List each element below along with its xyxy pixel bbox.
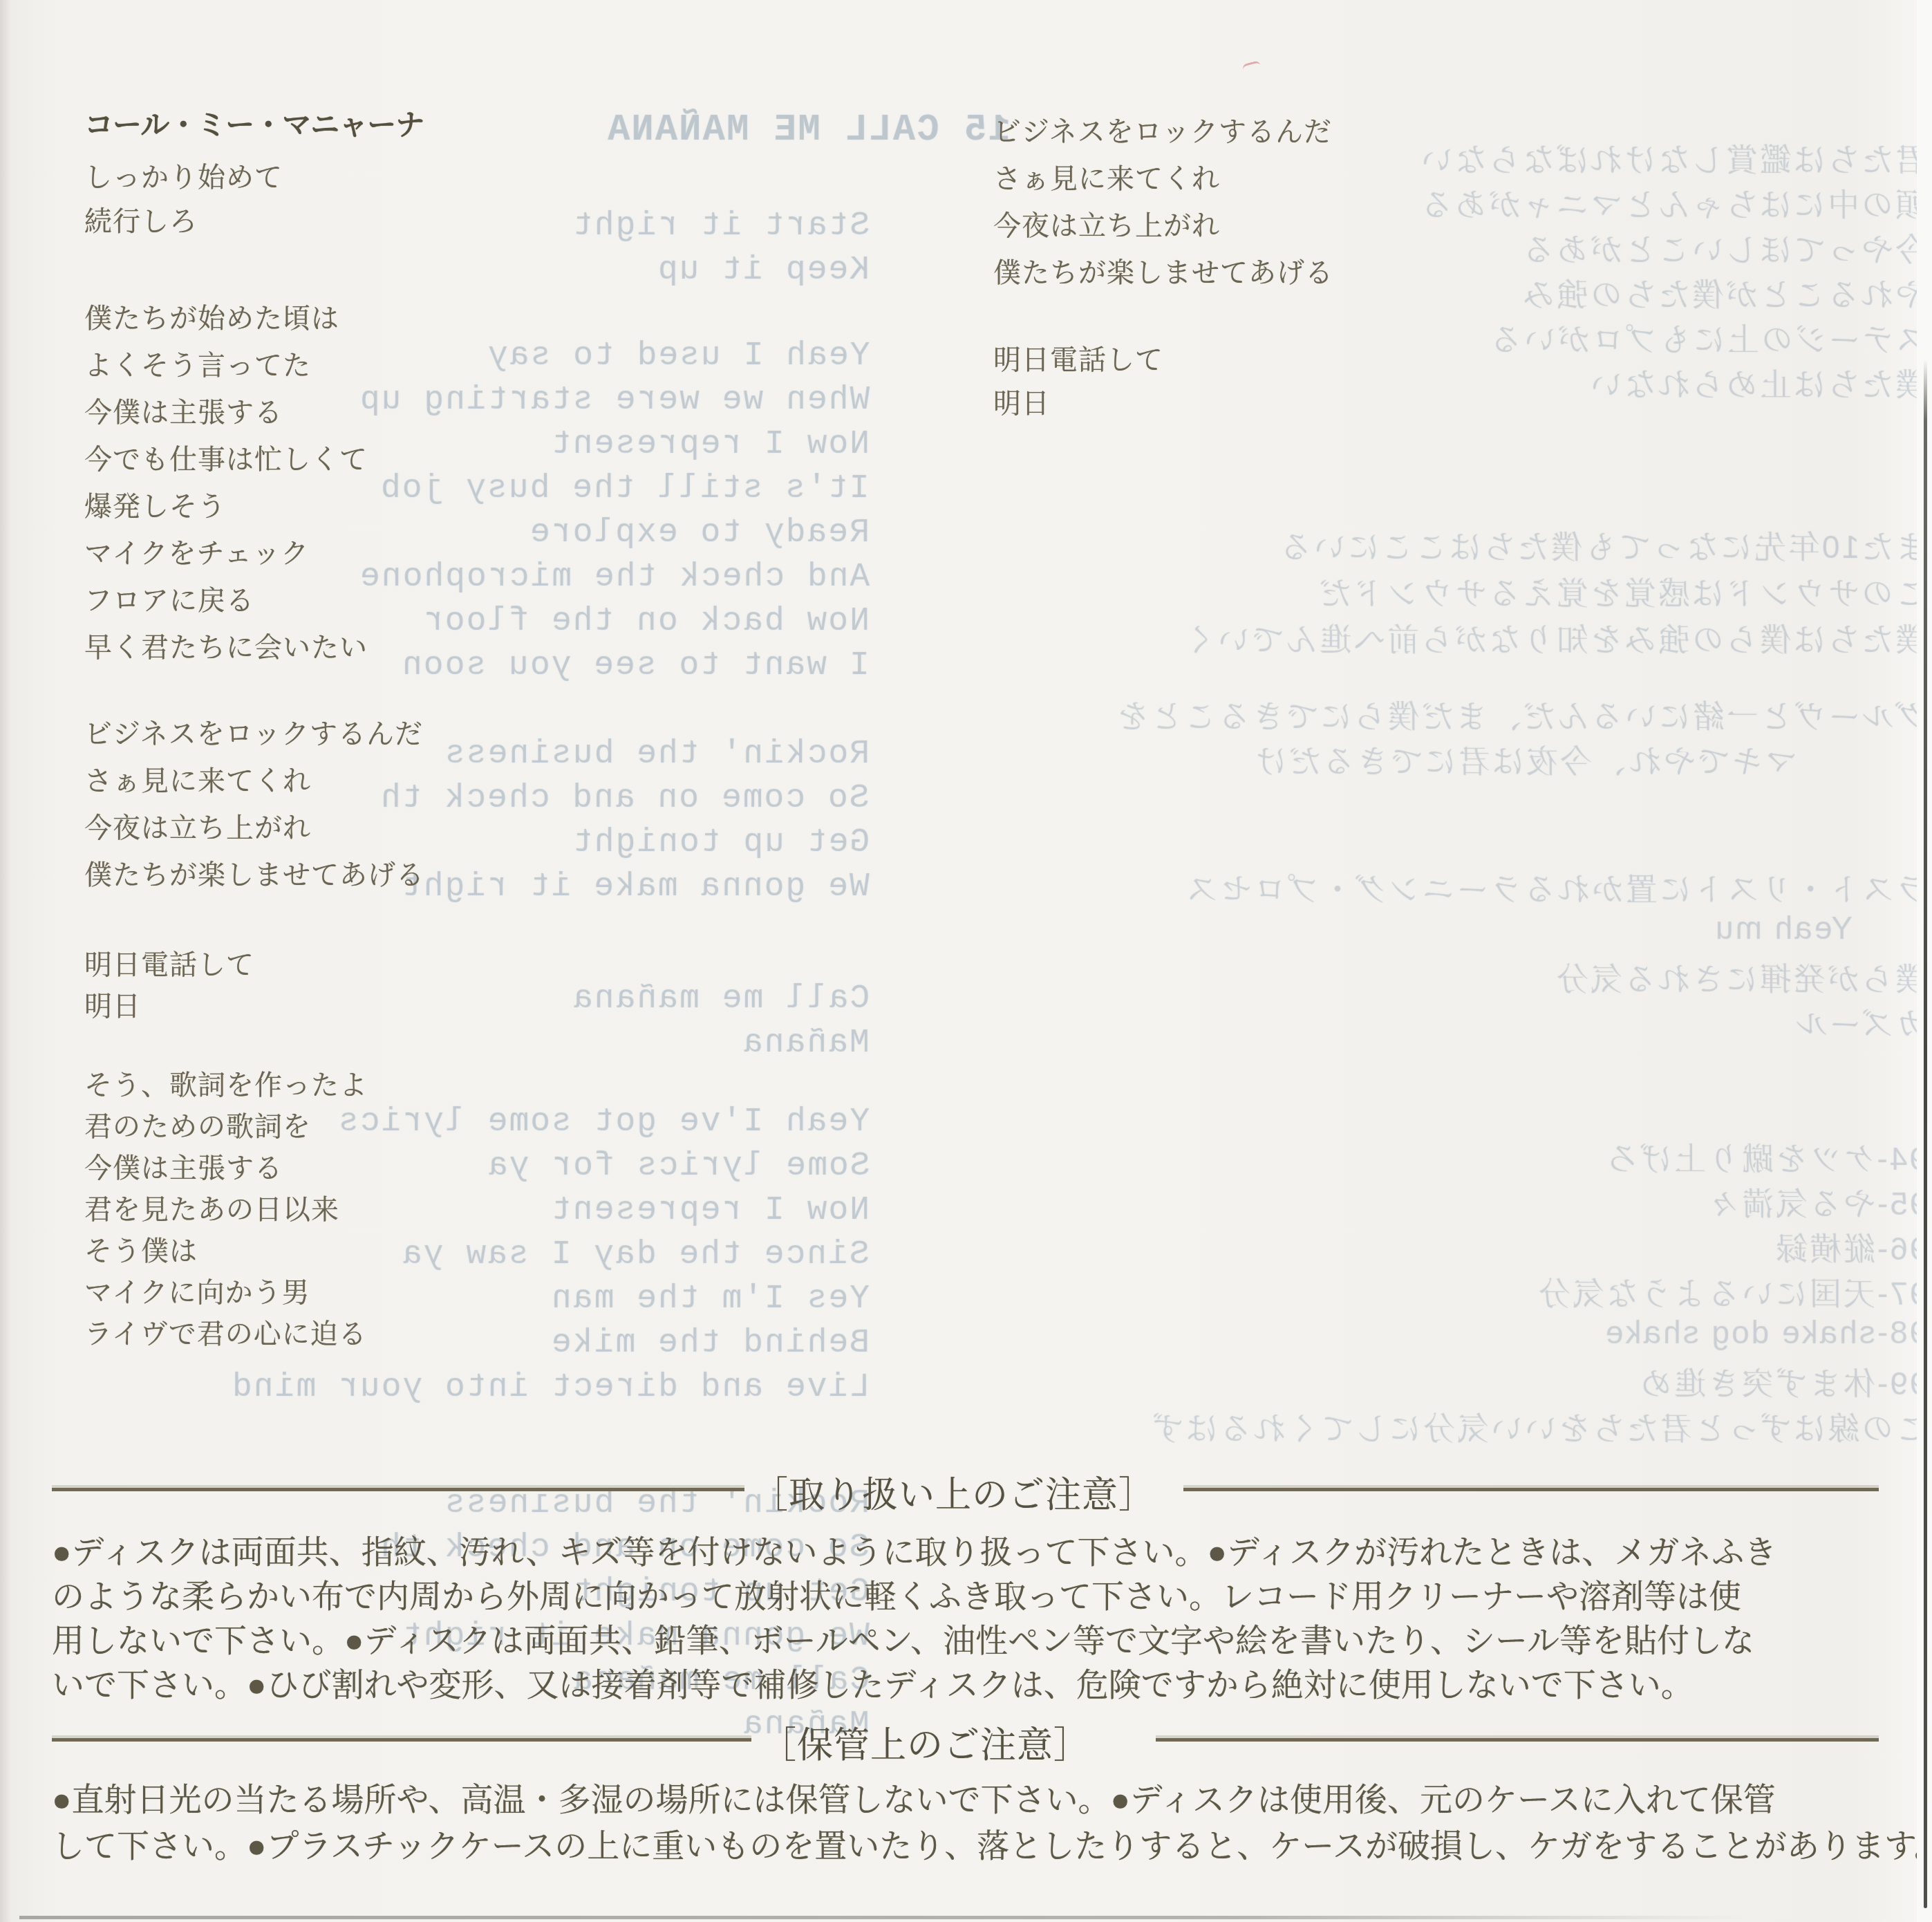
lyric-line: 君を見たあの日以来 — [84, 1189, 368, 1231]
bleedthrough-japanese-line: 96-縦横録 — [1774, 1224, 1927, 1269]
lyric-line: よくそう言ってた — [84, 342, 368, 389]
bleedthrough-english-line: Now I represent — [550, 1192, 870, 1229]
bleedthrough-english-line: So come on and check th — [379, 780, 870, 817]
bleedthrough-english-line: Now I represent — [550, 426, 870, 463]
bleedthrough-japanese-line: 君たちは鑑賞しなければならない — [1419, 135, 1927, 180]
bleedthrough-japanese-line: 98-shake dog shake — [1604, 1314, 1927, 1351]
bleedthrough-japanese-line: 94-ケツを蹴り上げろ — [1604, 1134, 1927, 1179]
song-title-jp: コール・ミー・マニャーナ — [84, 102, 424, 144]
bleedthrough-japanese-line: また10年先になっても僕たちはここにいる — [1278, 522, 1927, 568]
bleedthrough-english-line: Call me mañana — [572, 980, 870, 1018]
lyric-line: 今夜は立ち上がれ — [993, 203, 1333, 250]
lyric-line: 爆発しそう — [84, 483, 368, 530]
bleedthrough-english-line: Mañana — [742, 1025, 870, 1062]
storage-notice-line-1: ●直射日光の当たる場所や、高温・多湿の場所には保管しないで下さい。●ディスクは使… — [52, 1774, 1776, 1820]
lyric-line: 僕たちが楽しませてあげる — [84, 852, 424, 899]
bleedthrough-japanese-line: 僕らが発揮にされる気分 — [1555, 954, 1927, 1000]
bleedthrough-english-line: Behind the mike — [550, 1325, 870, 1362]
bleedthrough-english-line: Keep it up — [657, 252, 870, 289]
bleedthrough-japanese-line: やれることが僕たちの強み — [1521, 270, 1927, 315]
right-stanza-2: 明日電話して明日 — [993, 339, 1163, 426]
lyric-line: 僕たちが楽しませてあげる — [993, 250, 1333, 297]
lyric-line: 早く君たちに会いたい — [84, 624, 368, 671]
lyric-line: 僕たちが始めた頃は — [84, 295, 368, 342]
left-stanza-2: 僕たちが始めた頃はよくそう言ってた今僕は主張する今でも仕事は忙しくて爆発しそうマ… — [84, 295, 368, 671]
bleedthrough-english-line: Get up tonight — [572, 824, 870, 861]
handling-notice-line-1: ●ディスクは両面共、指紋、汚れ、キズ等を付けないように取り扱って下さい。●ディス… — [52, 1527, 1776, 1573]
bleedthrough-english-line: Start it right — [572, 207, 870, 245]
bleedthrough-japanese-line: グルーヴと一緒にいるんだ、まだ僕らにできることを — [1115, 691, 1927, 737]
lyric-line: 今夜は立ち上がれ — [84, 805, 424, 852]
bleedthrough-japanese-line: この線はずっと君たちをいい気分にしてくれるはず — [1150, 1403, 1927, 1449]
bleedthrough-english-line: Live and direct into your mind — [231, 1369, 870, 1406]
lyric-line: ビジネスをロックするんだ — [993, 109, 1333, 156]
rule-handling-left — [52, 1488, 744, 1491]
lyric-line: さぁ見に来てくれ — [84, 758, 424, 805]
lyric-line: ライヴで君の心に迫る — [84, 1314, 368, 1355]
bleedthrough-english-line: Yeah I've got some lyrics — [337, 1103, 870, 1141]
lyric-line: 明日 — [84, 986, 254, 1027]
bleedthrough-english-line: Yeah I used to say — [487, 337, 870, 375]
paper-bottom-edge — [19, 1916, 1747, 1919]
bleedthrough-japanese-line: このサウンドは感覚を覚えるサウンドだ — [1317, 568, 1927, 614]
lyric-line: そう僕は — [84, 1231, 368, 1272]
bleedthrough-japanese-line: 僕たちは僕らの強みを知りながら前へ進んでいく — [1182, 615, 1927, 660]
lyric-line: 今僕は主張する — [84, 389, 368, 436]
lyric-line: 明日電話して — [993, 339, 1163, 382]
bleedthrough-japanese-line: 頭の中にはちゃんとマニャがある — [1419, 180, 1927, 225]
bleedthrough-english-line: Yes I'm the man — [550, 1280, 870, 1318]
rule-storage-left — [52, 1738, 751, 1742]
left-stanza-5: そう、歌詞を作ったよ君のための歌詞を今僕は主張する君を見たあの日以来そう僕はマイ… — [84, 1065, 368, 1355]
bleedthrough-japanese-line: 95-やる気満々 — [1706, 1179, 1927, 1224]
lyric-line: 今僕は主張する — [84, 1148, 368, 1189]
bleedthrough-japanese-line: ラスト・リストに置かれるラーニング・プロセス — [1184, 864, 1927, 910]
rule-handling-right — [1183, 1488, 1879, 1491]
lyric-line: フロアに戻る — [84, 577, 368, 624]
storage-notice-line-2: して下さい。●プラスチックケースの上に重いものを置いたり、落としたりすると、ケー… — [52, 1820, 1932, 1867]
bleedthrough-english-line: Some lyrics for ya — [487, 1148, 870, 1185]
bleedthrough-english-line: 15 CALL ME MAÑANA — [606, 109, 1011, 151]
bleedthrough-english-line: Since the day I saw ya — [401, 1236, 870, 1273]
bleedthrough-japanese-line: 今やってほしいことがある — [1521, 225, 1927, 270]
lyric-line: マイクに向かう男 — [84, 1272, 368, 1314]
lyric-line: さぁ見に来てくれ — [993, 156, 1333, 203]
bleedthrough-english-line: I want to see you soon — [401, 647, 870, 684]
handling-notice-line-3: 用しないで下さい。●ディスクは両面共、鉛筆、ボールペン、油性ペン等で文字や絵を書… — [52, 1615, 1754, 1661]
storage-notice-header: ［保管上のご注意］ — [760, 1716, 1090, 1768]
lyric-line: 明日電話して — [84, 944, 254, 986]
bleedthrough-japanese-line: マキでやれ、今夜は君にできるだけ — [1253, 736, 1797, 782]
handling-notice-line-4: いで下さい。●ひび割れや変形、又は接着剤等で補修したディスクは、危険ですから絶対… — [52, 1659, 1694, 1706]
bleedthrough-japanese-line: 99-休まず突き進め — [1638, 1359, 1927, 1404]
bleedthrough-japanese-line: 僕たちは止められない — [1588, 360, 1927, 405]
lyric-line: マイクをチェック — [84, 530, 368, 577]
scan-red-artifact — [1242, 60, 1262, 75]
lyric-line: ビジネスをロックするんだ — [84, 711, 424, 758]
handling-notice-line-2: のような柔らかい布で内周から外周に向かって放射状に軽くふき取って下さい。レコード… — [52, 1571, 1741, 1617]
bleedthrough-english-line: It's still the busy job — [379, 470, 870, 507]
bleedthrough-japanese-line: カズール — [1794, 999, 1927, 1045]
bleedthrough-english-line: We gonna make it right — [401, 868, 870, 906]
bleedthrough-japanese-line: 97-天国にいるような気分 — [1537, 1269, 1927, 1314]
booklet-edge-line — [1924, 360, 1927, 1908]
scan-left-shadow — [0, 0, 11, 1922]
lyric-line: 今でも仕事は忙しくて — [84, 436, 368, 483]
bleedthrough-english-line: And check the microphone — [359, 559, 870, 596]
bleedthrough-japanese-line: ステージの上にもプロがいる — [1488, 315, 1927, 360]
handling-notice-header: ［取り扱い上のご注意］ — [752, 1466, 1155, 1518]
lyric-line: 君のための歌詞を — [84, 1106, 368, 1148]
bleedthrough-english-line: Rockin' the business — [444, 736, 870, 773]
bleedthrough-english-line: When we were starting up — [359, 382, 870, 419]
right-stanza-1: ビジネスをロックするんださぁ見に来てくれ今夜は立ち上がれ僕たちが楽しませてあげる — [993, 109, 1333, 297]
lyric-line: しっかり始めて — [84, 156, 283, 200]
scanned-booklet-page: 15 CALL ME MAÑANAStart it rightKeep it u… — [0, 0, 1932, 1922]
rule-storage-right — [1156, 1738, 1879, 1742]
left-stanza-1: しっかり始めて続行しろ — [84, 156, 283, 244]
left-stanza-3: ビジネスをロックするんださぁ見に来てくれ今夜は立ち上がれ僕たちが楽しませてあげる — [84, 711, 424, 899]
left-stanza-4: 明日電話して明日 — [84, 944, 254, 1027]
bleedthrough-english-line: Ready to explore — [529, 514, 870, 552]
lyric-line: そう、歌詞を作ったよ — [84, 1065, 368, 1106]
bleedthrough-english-line: Now back on the floor — [422, 603, 870, 640]
lyric-line: 明日 — [993, 382, 1163, 426]
lyric-line: 続行しろ — [84, 200, 283, 244]
bleedthrough-japanese-line: Yeah mu — [1714, 909, 1853, 946]
